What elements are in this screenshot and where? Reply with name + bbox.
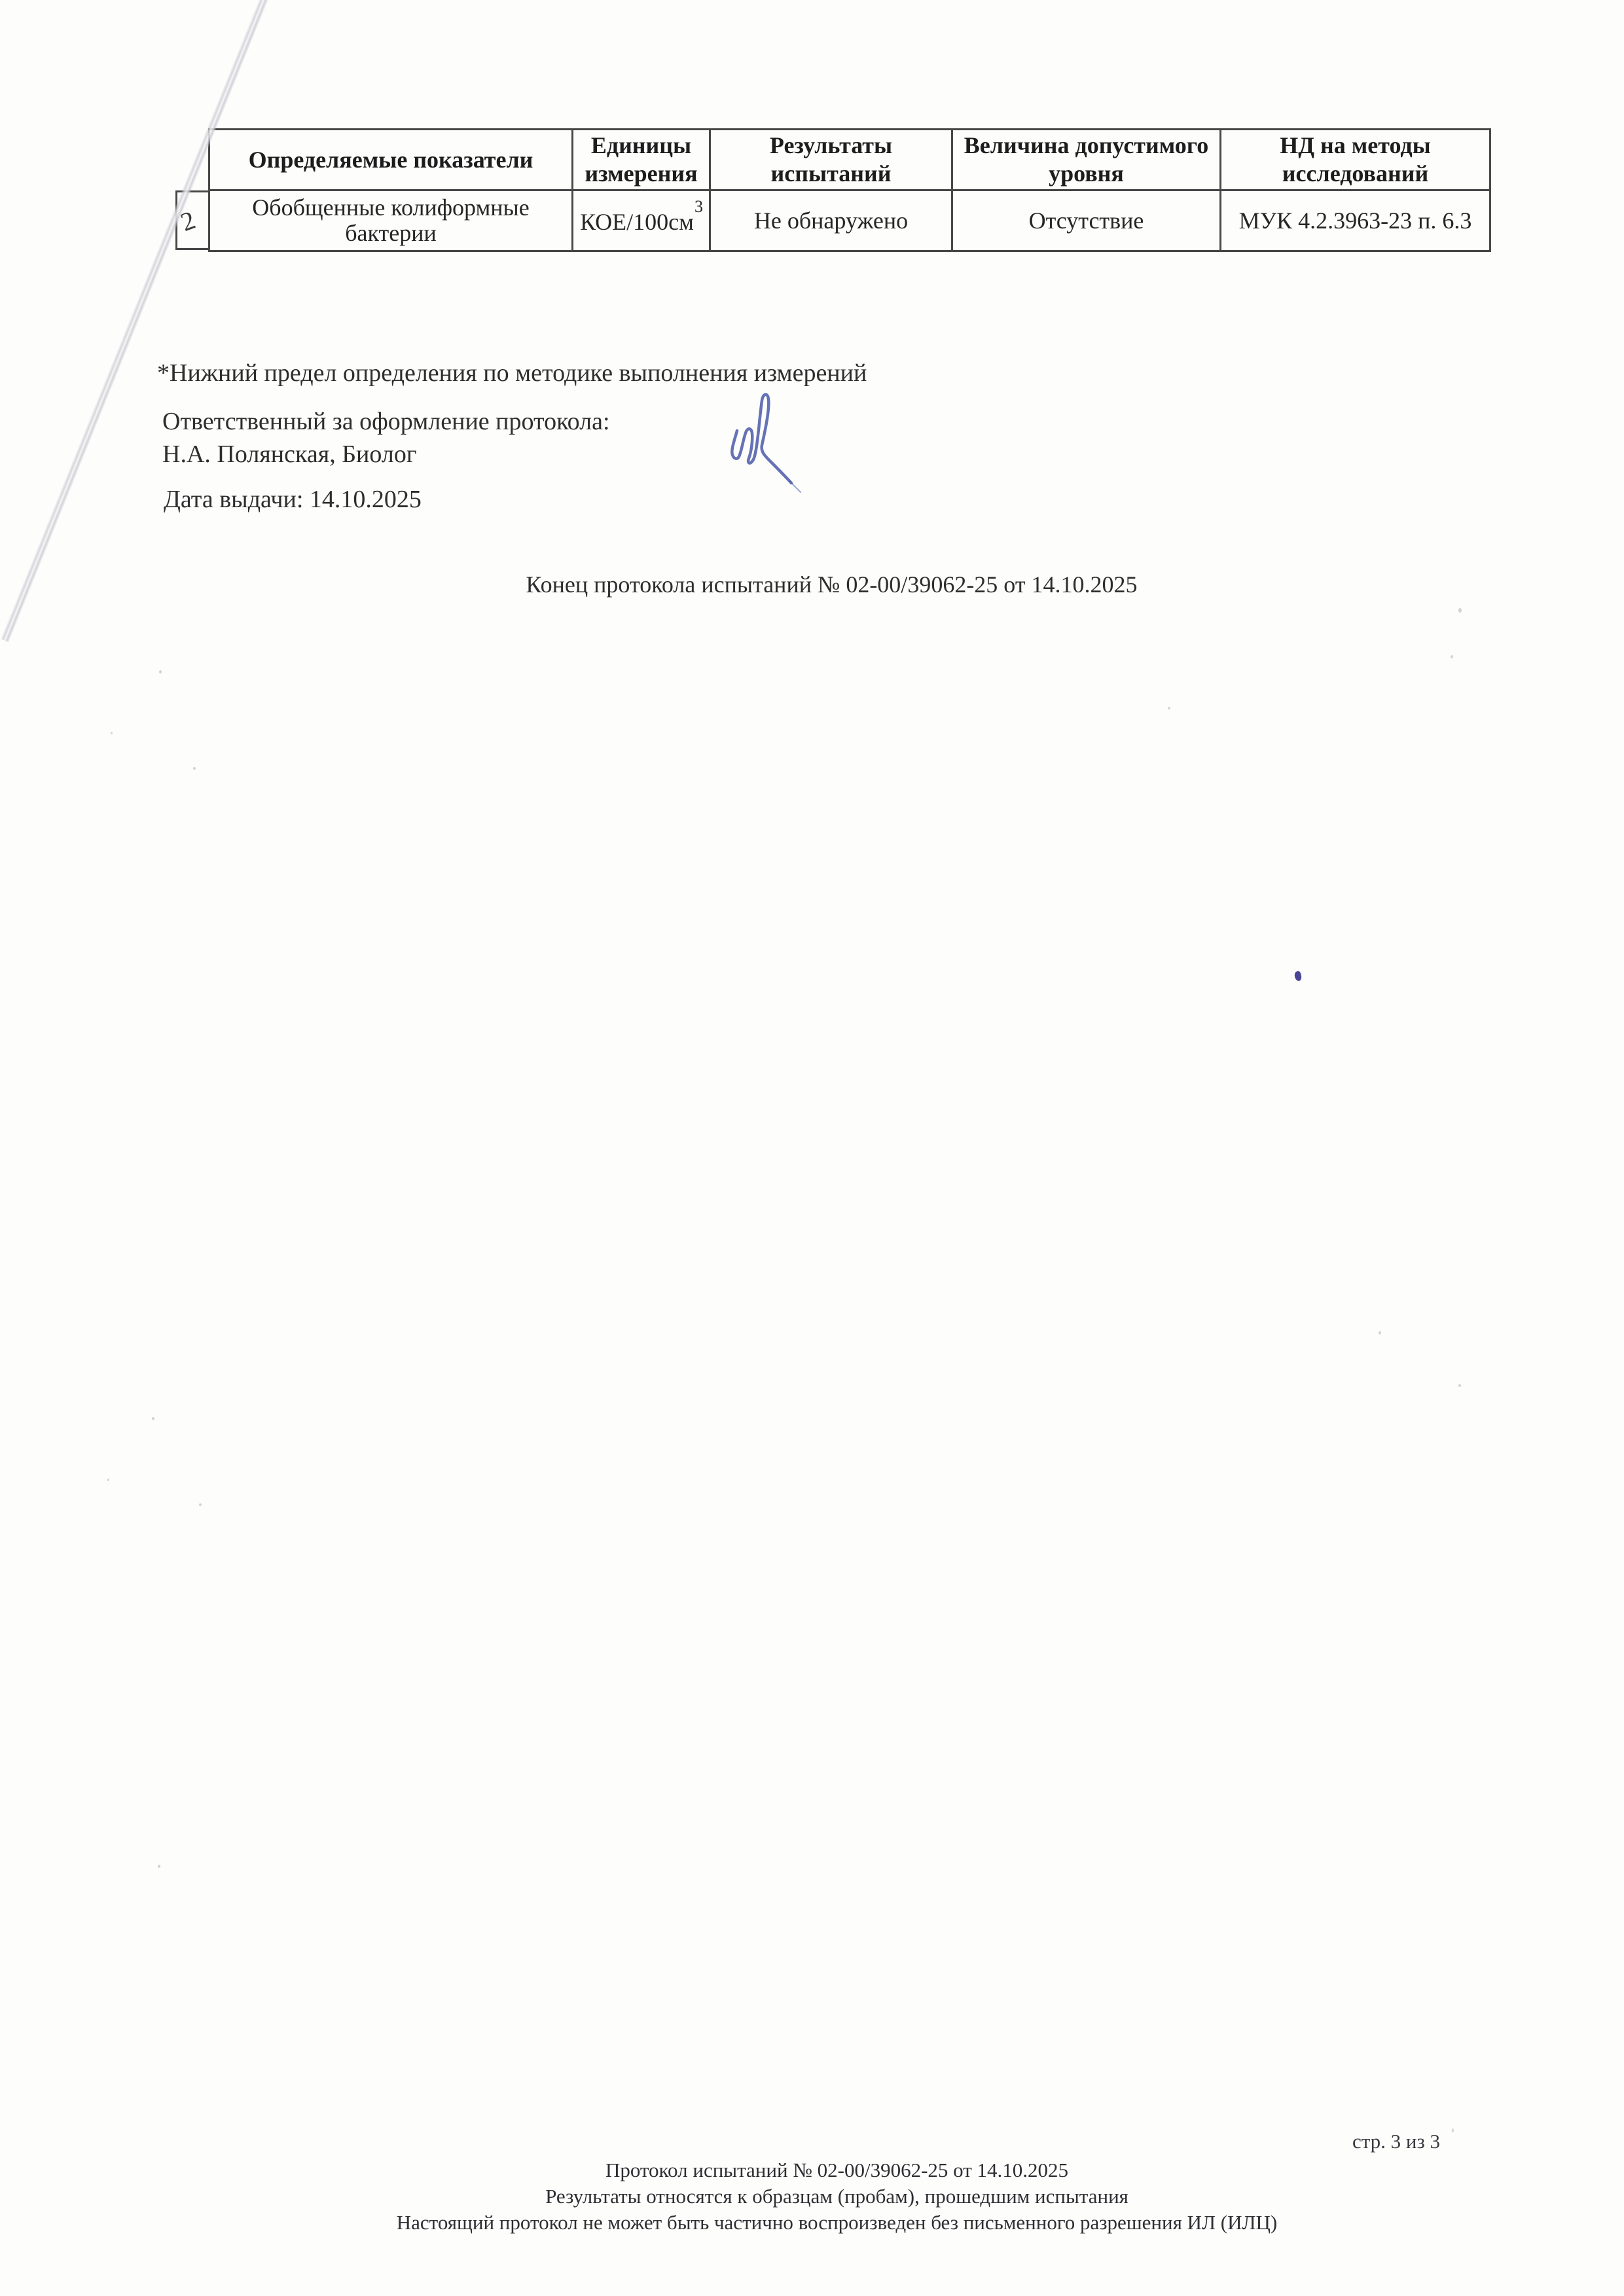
scan-speck: [159, 670, 162, 673]
scan-speck: [199, 1503, 202, 1506]
cell-units: КОЕ/100см3: [573, 190, 710, 251]
scanned-protocol-page: 2 Определяемые показатели Единицы измере…: [0, 0, 1624, 2296]
end-of-protocol-line: Конец протокола испытаний № 02-00/39062-…: [0, 571, 1624, 598]
units-base: КОЕ/100см: [580, 209, 694, 235]
header-units: Единицы измерения: [573, 130, 710, 190]
ink-droplet: [1293, 971, 1302, 982]
cell-allowed-level: Отсутствие: [952, 190, 1221, 251]
scan-speck: [1458, 1384, 1461, 1387]
protocol-footer: Протокол испытаний № 02-00/39062-25 от 1…: [0, 2157, 1624, 2236]
units-superscript: 3: [695, 197, 703, 216]
responsible-label: Ответственный за оформление протокола:: [162, 407, 610, 436]
scan-speck: [107, 1479, 109, 1481]
header-allowed-level: Величина допустимого уровня: [952, 130, 1221, 190]
scan-fold-line: [1, 0, 273, 642]
table-row: Обобщенные колиформные бактерии КОЕ/100с…: [209, 190, 1490, 251]
scan-speck: [193, 767, 196, 770]
table-header-row: Определяемые показатели Единицы измерени…: [209, 130, 1490, 190]
footer-results-note: Результаты относятся к образцам (пробам)…: [50, 2183, 1624, 2210]
scan-speck: [1452, 2128, 1454, 2132]
lower-limit-footnote: *Нижний предел определения по методике в…: [157, 359, 867, 387]
cell-method: МУК 4.2.3963-23 п. 6.3: [1221, 190, 1490, 251]
scan-speck: [1451, 655, 1453, 658]
cell-result: Не обнаружено: [710, 190, 952, 251]
responsible-name: Н.А. Полянская, Биолог: [162, 440, 416, 469]
scan-speck: [152, 1417, 154, 1420]
footer-reproduction-note: Настоящий протокол не может быть частичн…: [50, 2210, 1624, 2236]
results-table: Определяемые показатели Единицы измерени…: [208, 128, 1491, 252]
footer-protocol-line: Протокол испытаний № 02-00/39062-25 от 1…: [50, 2157, 1624, 2183]
page-number: стр. 3 из 3: [1352, 2130, 1440, 2153]
signature-ink: [727, 387, 813, 500]
cell-indicator: Обобщенные колиформные бактерии: [209, 190, 573, 251]
issue-date: Дата выдачи: 14.10.2025: [164, 485, 422, 514]
scan-speck: [1458, 608, 1462, 613]
header-results: Результаты испытаний: [710, 130, 952, 190]
scan-speck: [1168, 707, 1170, 709]
scan-speck: [111, 732, 113, 734]
header-method-docs: НД на методы исследований: [1221, 130, 1490, 190]
header-indicators: Определяемые показатели: [209, 130, 573, 190]
scan-speck: [1379, 1331, 1381, 1335]
scan-speck: [158, 1865, 160, 1868]
